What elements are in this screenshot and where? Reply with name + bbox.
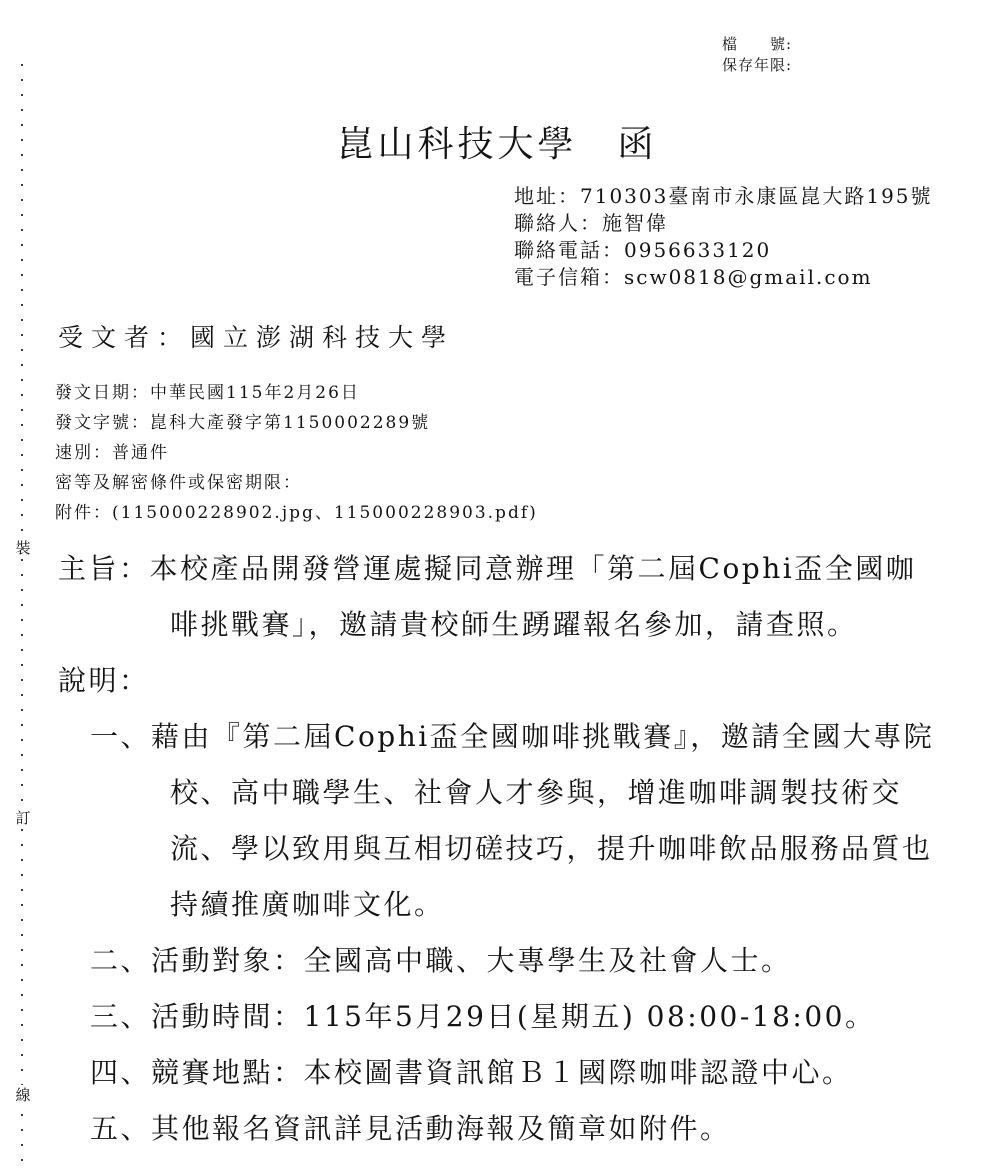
list-item: 二、活動對象：全國高中職、大專學生及社會人士。	[58, 933, 978, 989]
item-number: 四、	[90, 1056, 151, 1089]
subject-label: 主旨：	[58, 552, 150, 585]
binding-dotted-line	[21, 64, 23, 1164]
binding-mark-xian: 線	[9, 1085, 37, 1105]
contact-email: 電子信箱：scw0818@gmail.com	[514, 264, 933, 291]
item-number: 一、	[90, 720, 151, 753]
recipient-line: 受文者：國立澎湖科技大學	[58, 318, 454, 354]
subject-text: 本校產品開發營運處擬同意辦理「第二屆Cophi盃全國咖 啡挑戰賽」，邀請貴校師生…	[150, 552, 917, 641]
item-number: 三、	[90, 1000, 151, 1033]
official-letter-page: 裝 訂 線 檔 號: 保存年限: 崑山科技大學 函 地址：710303臺南市永康…	[0, 0, 995, 1168]
contact-address: 地址：710303臺南市永康區崑大路195號	[514, 183, 933, 210]
item-text: 競賽地點：本校圖書資訊館Ｂ１國際咖啡認證中心。	[151, 1056, 853, 1089]
item-text: 其他報名資訊詳見活動海報及簡章如附件。	[151, 1112, 731, 1145]
list-item: 四、競賽地點：本校圖書資訊館Ｂ１國際咖啡認證中心。	[58, 1045, 978, 1101]
file-number-block: 檔 號: 保存年限:	[722, 34, 792, 76]
retention-period-label: 保存年限:	[722, 55, 792, 76]
letter-body: 主旨：本校產品開發營運處擬同意辦理「第二屆Cophi盃全國咖 啡挑戰賽」，邀請貴…	[58, 541, 978, 1157]
item-text: 活動對象：全國高中職、大專學生及社會人士。	[151, 944, 792, 977]
list-item: 一、藉由『第二屆Cophi盃全國咖啡挑戰賽』，邀請全國大專院 校、高中職學生、社…	[58, 709, 978, 933]
issue-date-line: 發文日期：中華民國115年2月26日	[55, 378, 538, 408]
item-text: 活動時間：115年5月29日(星期五) 08:00-18:00。	[151, 1000, 875, 1033]
item-number: 五、	[90, 1112, 151, 1145]
item-number: 二、	[90, 944, 151, 977]
binding-mark-zhuang: 裝	[9, 538, 37, 558]
list-item: 三、活動時間：115年5月29日(星期五) 08:00-18:00。	[58, 989, 978, 1045]
security-class-line: 密等及解密條件或保密期限：	[55, 468, 538, 498]
document-title: 崑山科技大學 函	[0, 116, 995, 167]
binding-mark-ding: 訂	[9, 808, 37, 828]
contact-block: 地址：710303臺南市永康區崑大路195號 聯絡人：施智偉 聯絡電話：0956…	[514, 183, 933, 291]
file-number-label: 檔 號:	[722, 34, 792, 55]
contact-person: 聯絡人：施智偉	[514, 210, 933, 237]
speed-class-line: 速別：普通件	[55, 438, 538, 468]
attachment-line: 附件：(115000228902.jpg、115000228903.pdf)	[55, 498, 538, 528]
meta-block: 發文日期：中華民國115年2月26日 發文字號：崑科大產發字第115000228…	[55, 378, 538, 528]
description-label: 說明：	[58, 653, 978, 709]
subject-paragraph: 主旨：本校產品開發營運處擬同意辦理「第二屆Cophi盃全國咖 啡挑戰賽」，邀請貴…	[58, 541, 978, 653]
list-item: 五、其他報名資訊詳見活動海報及簡章如附件。	[58, 1101, 978, 1157]
doc-number-line: 發文字號：崑科大產發字第1150002289號	[55, 408, 538, 438]
contact-phone: 聯絡電話：0956633120	[514, 237, 933, 264]
item-text: 藉由『第二屆Cophi盃全國咖啡挑戰賽』，邀請全國大專院 校、高中職學生、社會人…	[151, 720, 934, 921]
